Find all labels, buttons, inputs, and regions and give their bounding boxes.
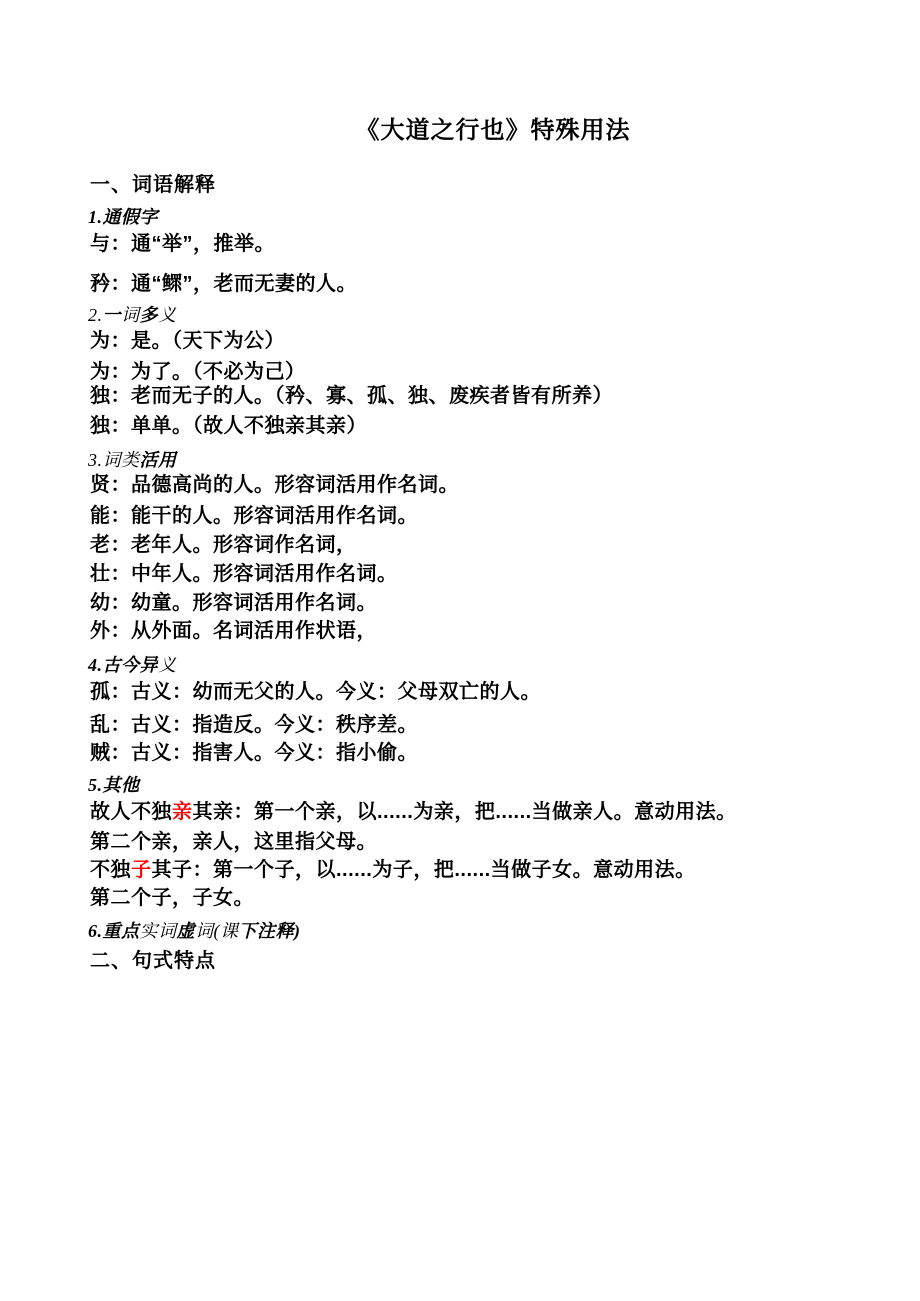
text-line: 第二个子，子女。 bbox=[90, 886, 254, 910]
text-line: 老：老年人。形容词作名词， bbox=[90, 533, 357, 557]
text-segment: 孤：古义：幼而无父的人。今义：父母双亡的人。 bbox=[90, 681, 541, 703]
text-line: 贤：品德高尚的人。形容词活用作名词。 bbox=[90, 473, 459, 497]
numbered-subheading: 3.词类活用 bbox=[88, 450, 177, 472]
text-line: 为：是。（天下为公） bbox=[90, 329, 285, 353]
text-line: 外：从外面。名词活用作状语， bbox=[90, 619, 377, 643]
text-line: 故人不独亲其亲：第一个亲，以......为亲，把......当做亲人。意动用法。 bbox=[90, 800, 737, 824]
section-heading: 二、句式特点 bbox=[90, 949, 216, 973]
text-segment: 独：单单。（故人不独亲其亲） bbox=[90, 415, 367, 437]
numbered-subheading: 1.通假字 bbox=[88, 207, 158, 229]
text-line: 幼：幼童。形容词活用作名词。 bbox=[90, 591, 377, 615]
text-segment: 重点 bbox=[103, 921, 140, 941]
text-segment: 3. bbox=[88, 450, 103, 470]
text-segment: 不独 bbox=[90, 859, 131, 881]
text-line: 与：通“举”，推举。 bbox=[90, 232, 275, 256]
highlighted-character: 子 bbox=[131, 859, 152, 881]
text-segment: 二、句式特点 bbox=[90, 950, 216, 972]
text-segment: 第二个亲，亲人，这里指父母。 bbox=[90, 831, 377, 853]
text-segment: 虚 bbox=[177, 921, 196, 941]
document-title: 《大道之行也》特殊用法 bbox=[0, 110, 920, 145]
text-line: 孤：古义：幼而无父的人。今义：父母双亡的人。 bbox=[90, 680, 541, 704]
text-segment: 一 bbox=[103, 305, 122, 325]
text-segment: 乱：古义：指造反。今义：秩序差。 bbox=[90, 714, 418, 736]
text-line: 第二个亲，亲人，这里指父母。 bbox=[90, 830, 377, 854]
text-segment: 壮：中年人。形容词活用作名词。 bbox=[90, 563, 398, 585]
text-segment: 古今异 bbox=[103, 655, 159, 675]
text-line: 独：老而无子的人。（矜、寡、孤、独、废疾者皆有所养） bbox=[90, 384, 613, 408]
text-segment: 一、词语解释 bbox=[90, 174, 216, 196]
text-segment: 能：能干的人。形容词活用作名词。 bbox=[90, 505, 418, 527]
numbered-subheading: 2.一词多义 bbox=[88, 305, 177, 327]
text-segment: 故人不独 bbox=[90, 801, 172, 823]
text-line: 贼：古义：指害人。今义：指小偷。 bbox=[90, 741, 418, 765]
text-segment: (课 bbox=[214, 921, 239, 941]
text-segment: 下注释) bbox=[239, 921, 301, 941]
text-segment: 老：老年人。形容词作名词， bbox=[90, 534, 357, 556]
text-line: 为：为了。（不必为己） bbox=[90, 360, 306, 384]
text-segment: 幼：幼童。形容词活用作名词。 bbox=[90, 592, 377, 614]
text-segment: 词 bbox=[195, 921, 214, 941]
text-segment: 义 bbox=[158, 305, 177, 325]
text-segment: 多 bbox=[140, 305, 159, 325]
text-segment: 1. bbox=[88, 207, 103, 227]
text-segment: 活用 bbox=[140, 450, 177, 470]
text-line: 独：单单。（故人不独亲其亲） bbox=[90, 414, 367, 438]
text-segment: 第二个子，子女。 bbox=[90, 887, 254, 909]
text-segment: 4. bbox=[88, 655, 103, 675]
text-segment: 5. bbox=[88, 775, 103, 795]
text-segment: 通假字 bbox=[103, 207, 159, 227]
text-segment: 2. bbox=[88, 305, 103, 325]
text-line: 矜：通“鳏”，老而无妻的人。 bbox=[90, 272, 357, 296]
text-segment: 与：通“举”，推举。 bbox=[90, 233, 275, 255]
text-segment: 贼：古义：指害人。今义：指小偷。 bbox=[90, 742, 418, 764]
text-segment: 其亲：第一个亲，以......为亲，把......当做亲人。意动用法。 bbox=[193, 801, 737, 823]
numbered-subheading: 6.重点实词虚词(课下注释) bbox=[88, 921, 301, 943]
text-segment: 矜：通“鳏”，老而无妻的人。 bbox=[90, 273, 357, 295]
text-segment: 独：老而无子的人。（矜、寡、孤、独、废疾者皆有所养） bbox=[90, 385, 613, 407]
text-segment: 词 bbox=[121, 305, 140, 325]
document-page: 《大道之行也》特殊用法 一、词语解释1.通假字与：通“举”，推举。矜：通“鳏”，… bbox=[0, 0, 920, 1301]
text-line: 乱：古义：指造反。今义：秩序差。 bbox=[90, 713, 418, 737]
text-segment: 为：为了。（不必为己） bbox=[90, 361, 306, 383]
text-segment: 外：从外面。名词活用作状语， bbox=[90, 620, 377, 642]
text-segment: 义 bbox=[158, 655, 177, 675]
text-segment: 其子：第一个子，以......为子，把......当做子女。意动用法。 bbox=[152, 859, 696, 881]
text-segment: 6. bbox=[88, 921, 103, 941]
text-segment: 实词 bbox=[140, 921, 177, 941]
highlighted-character: 亲 bbox=[172, 801, 193, 823]
text-line: 不独子其子：第一个子，以......为子，把......当做子女。意动用法。 bbox=[90, 858, 696, 882]
text-line: 能：能干的人。形容词活用作名词。 bbox=[90, 504, 418, 528]
text-segment: 词类 bbox=[103, 450, 140, 470]
numbered-subheading: 5.其他 bbox=[88, 775, 140, 797]
text-segment: 其他 bbox=[103, 775, 140, 795]
text-segment: 贤：品德高尚的人。形容词活用作名词。 bbox=[90, 474, 459, 496]
text-segment: 为：是。（天下为公） bbox=[90, 330, 285, 352]
section-heading: 一、词语解释 bbox=[90, 173, 216, 197]
text-line: 壮：中年人。形容词活用作名词。 bbox=[90, 562, 398, 586]
numbered-subheading: 4.古今异义 bbox=[88, 655, 177, 677]
